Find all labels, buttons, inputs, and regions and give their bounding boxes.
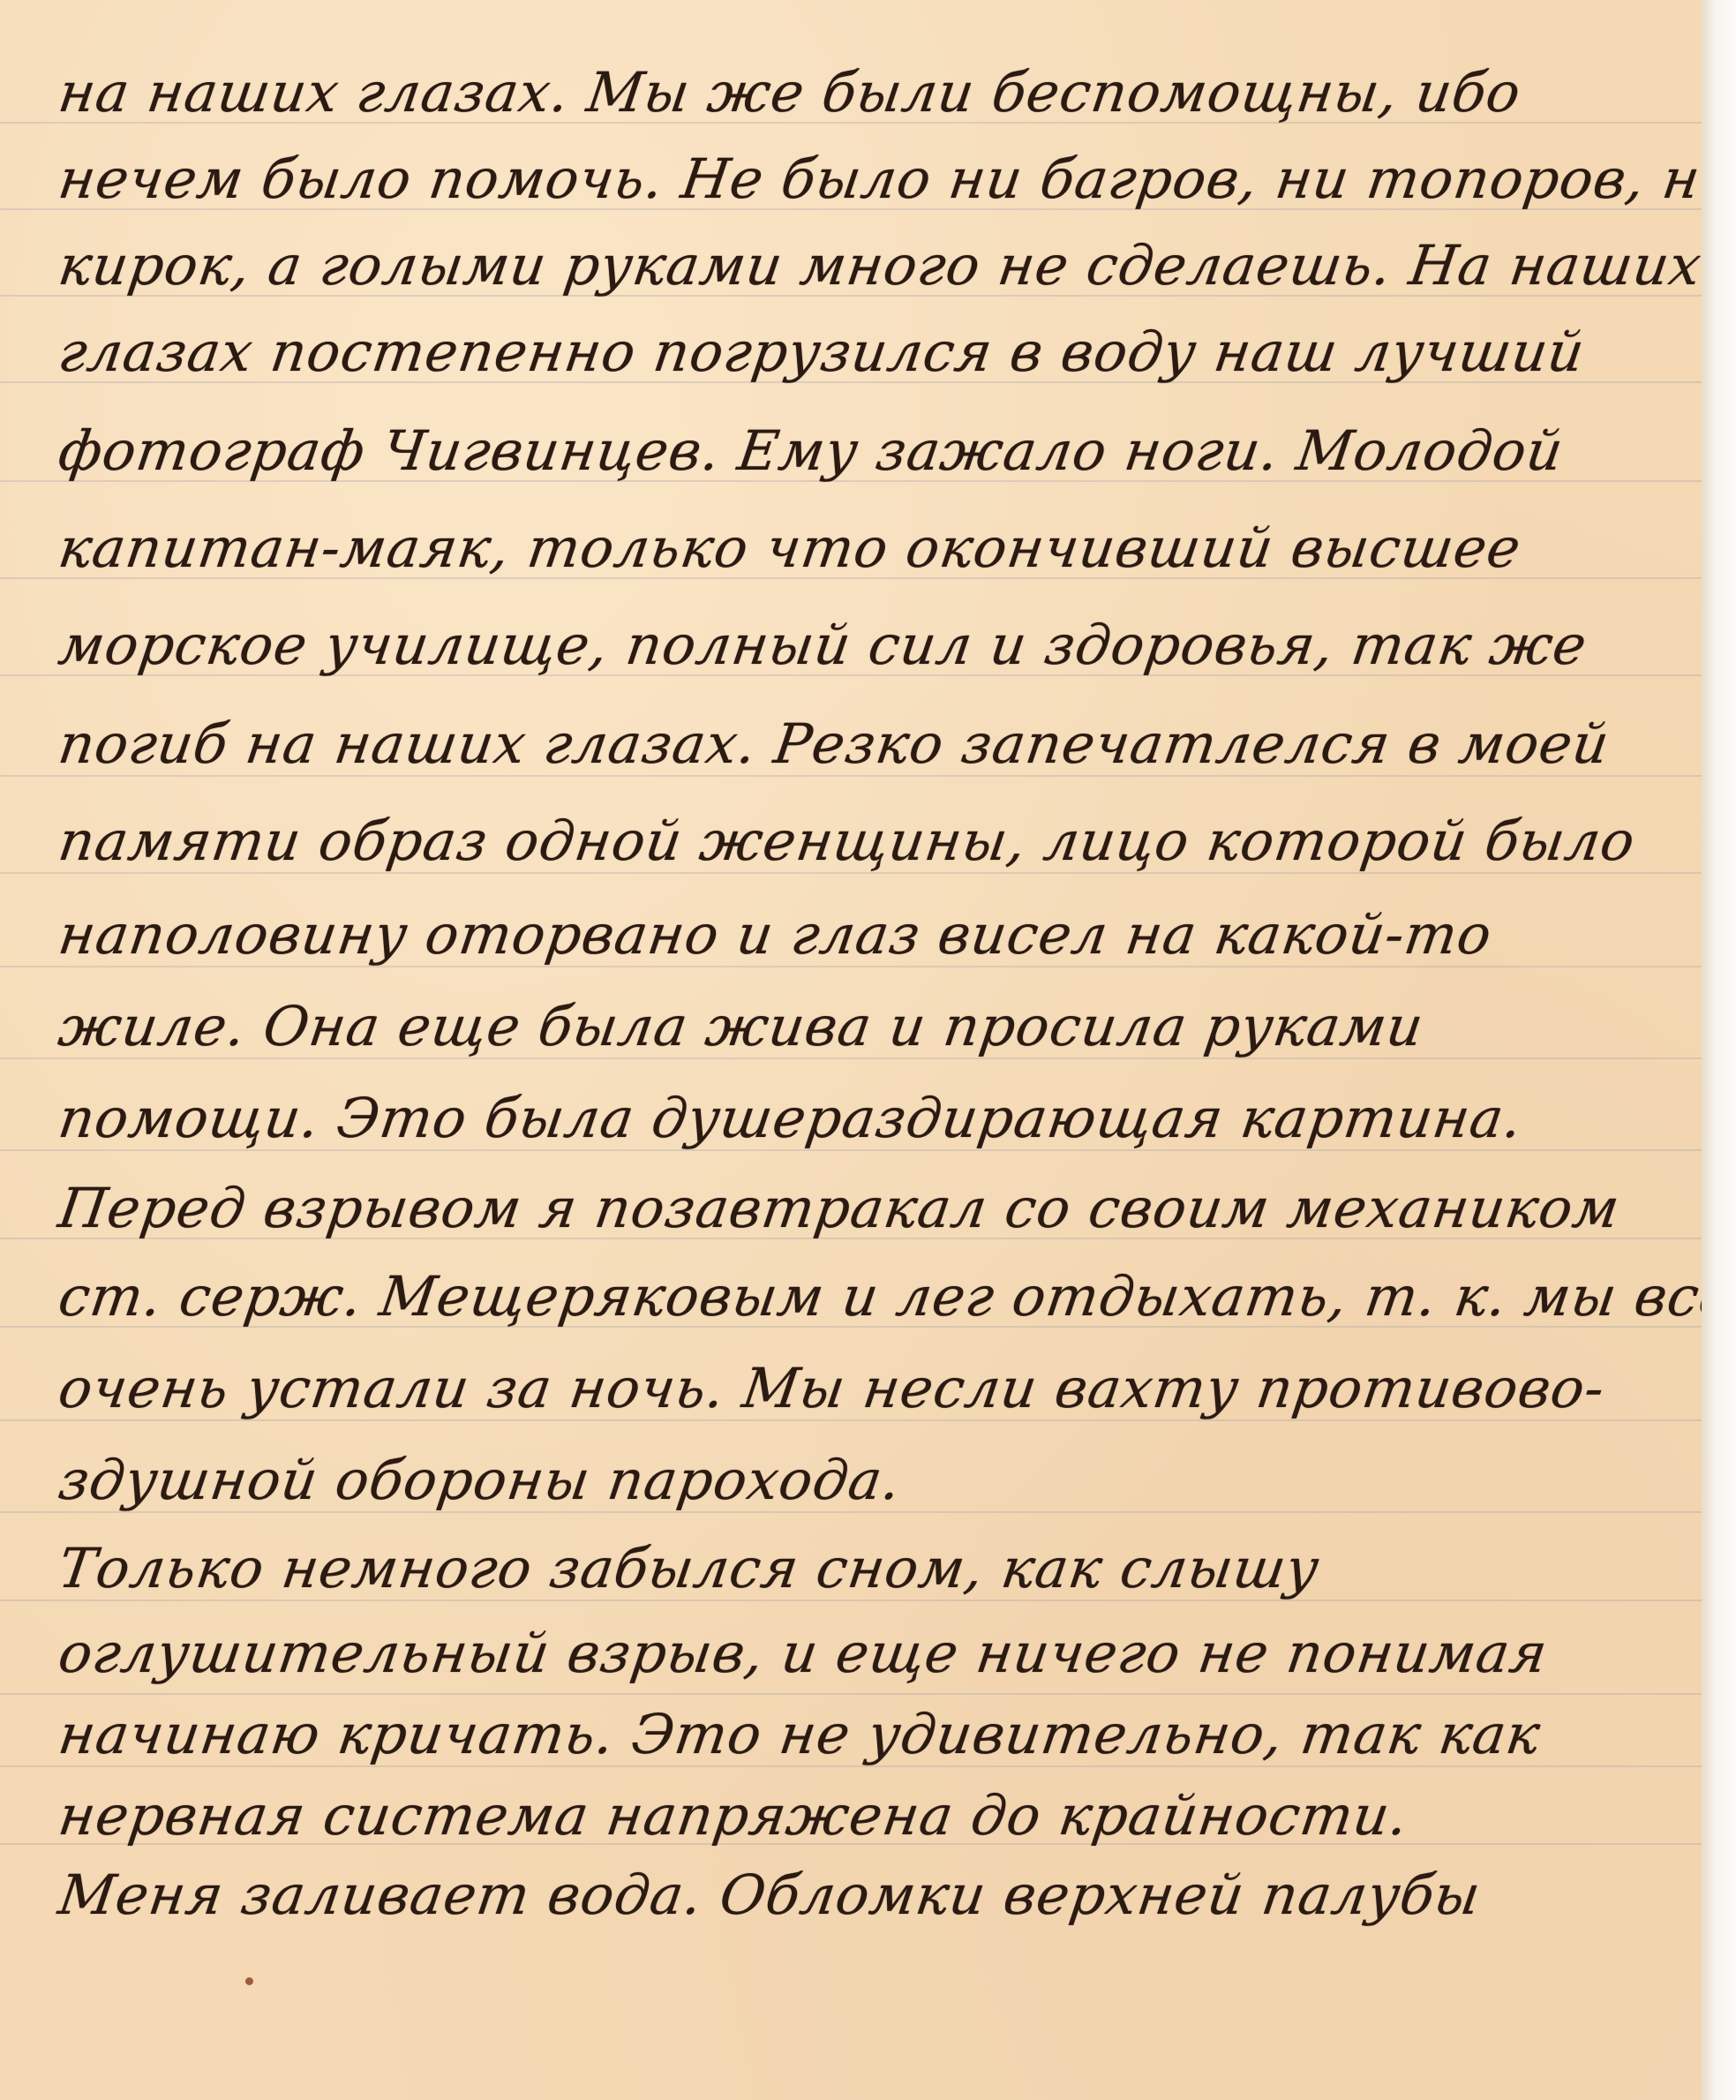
handwritten-line: здушной обороны парохода. [55, 1448, 906, 1512]
handwritten-line: оглушительный взрыв, и еще ничего не пон… [55, 1621, 1552, 1685]
handwritten-line: капитан-маяк, только что окончивший высш… [55, 516, 1525, 580]
handwritten-line: жиле. Она еще была жива и просила руками [55, 994, 1428, 1058]
handwritten-line: фотограф Чигвинцев. Ему зажало ноги. Мол… [55, 418, 1567, 483]
handwritten-line: погиб на наших глазах. Резко запечатлелс… [55, 711, 1613, 776]
handwritten-line: ст. серж. Мещеряковым и лег отдыхать, т.… [55, 1264, 1702, 1328]
handwritten-line: Перед взрывом я позавтракал со своим мех… [55, 1176, 1624, 1240]
paper-page: на наших глазах. Мы же были беспомощны, … [0, 0, 1702, 2100]
handwritten-line: нервная система напряжена до крайности. [55, 1783, 1412, 1848]
handwritten-line: наполовину оторвано и глаз висел на како… [55, 902, 1496, 967]
handwritten-line: Меня заливает вода. Обломки верхней палу… [55, 1863, 1484, 1927]
paper-edge [1702, 0, 1736, 2100]
handwritten-line: памяти образ одной женщины, лицо которой… [55, 809, 1640, 873]
handwritten-line: Только немного забылся сном, как слышу [55, 1536, 1324, 1600]
ruled-line [0, 1693, 1702, 1695]
handwritten-line: морское училище, полный сил и здоровья, … [55, 613, 1591, 677]
handwritten-line: начинаю кричать. Это не удивительно, так… [55, 1702, 1544, 1766]
ink-speck [245, 1977, 253, 1985]
handwritten-line: кирок, а голыми руками много не сделаешь… [55, 233, 1702, 297]
handwritten-line: нечем было помочь. Не было ни багров, ни… [55, 147, 1702, 211]
handwritten-line: очень устали за ночь. Мы несли вахту про… [55, 1356, 1609, 1420]
handwritten-line: помощи. Это была душераздирающая картина… [55, 1086, 1527, 1150]
handwritten-line: глазах постепенно погрузился в воду наш … [55, 320, 1589, 384]
handwritten-line: на наших глазах. Мы же были беспомощны, … [55, 60, 1525, 124]
